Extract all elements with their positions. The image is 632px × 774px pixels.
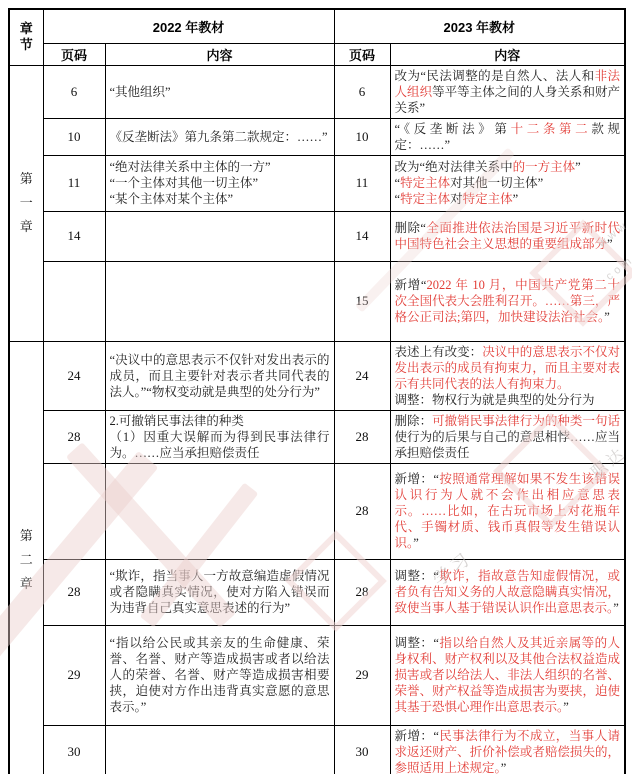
content-cell-2023: 新增：“按照通常理解如果不发生该错误认识行为人就不会作出相应意思表示。……比如，… <box>390 463 625 559</box>
page-cell-2023: 14 <box>334 211 390 261</box>
text-segment: 2.可撤销民事法律的种类 <box>110 414 244 428</box>
chapter-label: 第一章 <box>10 167 43 239</box>
content-cell-2023: 新增：“民事法律行为不成立，当事人请求返还财产、折价补偿或者赔偿损失的，参照适用… <box>390 725 625 774</box>
page-cell-2022 <box>43 261 105 341</box>
content-cell-2022: “绝对法律关系中主体的一方”“一个主体对其他一切主体”“某个主体对某个主体” <box>105 155 334 211</box>
header-content-2023: 内容 <box>390 43 625 65</box>
table-row: 15新增“2022 年 10 月，中国共产党第二十次全国代表大会胜利召开。……第… <box>9 261 625 341</box>
page-cell-2023: 28 <box>334 559 390 625</box>
text-segment: 新增：“ <box>395 729 439 743</box>
content-cell-2022 <box>105 463 334 559</box>
text-segment: ” <box>604 310 610 324</box>
content-cell-2022 <box>105 725 334 774</box>
text-segment: “某个主体对某个主体” <box>110 192 234 206</box>
table-row: 28新增：“按照通常理解如果不发生该错误认识行为人就不会作出相应意思表示。……比… <box>9 463 625 559</box>
document-page: 章节 2022 年教材 2023 年教材 页码 内容 页码 内容 第一章6“其他… <box>0 0 632 774</box>
page-cell-2022: 6 <box>43 65 105 118</box>
table-row: 10《反垄断法》第九条第二款规定：……”10“《反垄断法》第十二条第二款规定：…… <box>9 118 625 155</box>
table-body: 第一章6“其他组织”6改为“民法调整的是自然人、法人和非法人组织等平等主体之间的… <box>9 65 625 774</box>
header-chapter-label: 章节 <box>12 21 41 54</box>
text-segment: 调整：物权行为就是典型的处分行为 <box>395 393 595 407</box>
content-cell-2022: “指以给公民或其亲友的生命健康、荣誉、名誉、财产等造成损害或者以给法人的荣誉、名… <box>105 625 334 725</box>
content-cell-2022: “决议中的意思表示不仅针对发出表示的成员，而且主要针对表示者共同代表的法人。”“… <box>105 341 334 410</box>
chapter-cell: 第一章 <box>9 65 43 341</box>
text-segment: 改为“绝对法律关系中 <box>395 160 513 174</box>
text-segment-changed: 全面推进依法治国是习近平新时代中国特色社会主义思想的重要组成部分 <box>395 221 621 251</box>
header-page-2022: 页码 <box>43 43 105 65</box>
page-cell-2022: 14 <box>43 211 105 261</box>
text-segment: 对其他一切主体” <box>450 176 543 190</box>
page-cell-2022: 10 <box>43 118 105 155</box>
text-segment: ” <box>413 536 419 550</box>
content-cell-2022: “欺诈，指当事人一方故意编造虚假情况或者隐瞒真实情况，使对方陷入错误而为违背自己… <box>105 559 334 625</box>
chapter-label: 第二章 <box>10 524 43 596</box>
content-cell-2023: 调整：“欺诈，指故意告知虚假情况，或者负有告知义务的人故意隐瞒真实情况，致使当事… <box>390 559 625 625</box>
text-segment: 使行为的后果与自己的意思相悖……应当承担赔偿责任 <box>395 430 621 460</box>
page-cell-2022: 30 <box>43 725 105 774</box>
content-cell-2023: 调整：“指以给自然人及其近亲属等的人身权利、财产权利以及其他合法权益造成损害或者… <box>390 625 625 725</box>
content-cell-2022: 《反垄断法》第九条第二款规定：……” <box>105 118 334 155</box>
content-cell-2023: 新增“2022 年 10 月，中国共产党第二十次全国代表大会胜利召开。……第三，… <box>390 261 625 341</box>
text-segment-changed: 十二条第二 <box>511 122 592 136</box>
header-2022: 2022 年教材 <box>43 9 334 43</box>
text-segment: ” <box>513 192 519 206</box>
table-row: 3030新增：“民事法律行为不成立，当事人请求返还财产、折价补偿或者赔偿损失的，… <box>9 725 625 774</box>
text-segment: “欺诈，指当事人一方故意编造虚假情况或者隐瞒真实情况，使对方陷入错误而为违背自己… <box>110 569 330 615</box>
text-segment: 改为“民法调整的是自然人、法人和 <box>395 69 595 83</box>
header-page-2023: 页码 <box>334 43 390 65</box>
page-cell-2023: 28 <box>334 410 390 463</box>
header-content-2022: 内容 <box>105 43 334 65</box>
table-row: 11“绝对法律关系中主体的一方”“一个主体对其他一切主体”“某个主体对某个主体”… <box>9 155 625 211</box>
page-cell-2022: 29 <box>43 625 105 725</box>
text-segment: 《反垄断法》第九条第二款规定：……” <box>110 130 328 144</box>
table-row: 第一章6“其他组织”6改为“民法调整的是自然人、法人和非法人组织等平等主体之间的… <box>9 65 625 118</box>
text-segment: ” <box>563 700 569 714</box>
page-cell-2023: 28 <box>334 463 390 559</box>
page-cell-2022: 28 <box>43 559 105 625</box>
text-segment: 删除： <box>395 414 433 428</box>
page-cell-2022: 28 <box>43 410 105 463</box>
page-cell-2023: 11 <box>334 155 390 211</box>
chapter-cell: 第二章 <box>9 341 43 774</box>
text-segment: “其他组织” <box>110 85 171 99</box>
text-segment-changed: 特定主体 <box>400 192 450 206</box>
text-segment: 对 <box>450 192 463 206</box>
page-cell-2022: 24 <box>43 341 105 410</box>
page-cell-2022: 11 <box>43 155 105 211</box>
text-segment: 表述上有改变： <box>395 345 483 359</box>
content-cell-2023: 改为“绝对法律关系中的一方主体”“特定主体对其他一切主体”“特定主体对特定主体” <box>390 155 625 211</box>
text-segment: “绝对法律关系中主体的一方” <box>110 160 271 174</box>
text-segment: ” <box>613 601 619 615</box>
text-segment: 新增：“ <box>395 472 439 486</box>
content-cell-2022: “其他组织” <box>105 65 334 118</box>
content-cell-2022 <box>105 211 334 261</box>
page-cell-2023: 24 <box>334 341 390 410</box>
text-segment: “决议中的意思表示不仅针对发出表示的成员，而且主要针对表示者共同代表的法人。”“… <box>110 353 330 399</box>
page-cell-2023: 30 <box>334 725 390 774</box>
table-row: 282.可撤销民事法律的种类（1）因重大误解而为得到民事法律行为。……应当承担赔… <box>9 410 625 463</box>
text-segment: ” <box>501 761 507 774</box>
table-row: 28“欺诈，指当事人一方故意编造虚假情况或者隐瞒真实情况，使对方陷入错误而为违背… <box>9 559 625 625</box>
content-cell-2023: 删除“全面推进依法治国是习近平新时代中国特色社会主义思想的重要组成部分” <box>390 211 625 261</box>
header-2023: 2023 年教材 <box>334 9 625 43</box>
table-row: 第二章24“决议中的意思表示不仅针对发出表示的成员，而且主要针对表示者共同代表的… <box>9 341 625 410</box>
text-segment: 新增“ <box>395 278 427 292</box>
text-segment-changed: 特定主体 <box>400 176 450 190</box>
content-cell-2022: 2.可撤销民事法律的种类（1）因重大误解而为得到民事法律行为。……应当承担赔偿责… <box>105 410 334 463</box>
page-cell-2023: 6 <box>334 65 390 118</box>
text-segment-changed: 的一方主体 <box>513 160 576 174</box>
page-cell-2022 <box>43 463 105 559</box>
content-cell-2023: “《反垄断法》第十二条第二款规定：……” <box>390 118 625 155</box>
text-segment-changed: 可撤销民事法律行为的种类一句话 <box>432 414 620 428</box>
text-segment: ” <box>607 237 613 251</box>
text-segment-changed: 2022 年 10 月，中国共产党第二十次全国代表大会胜利召开。……第三，严格公… <box>395 278 621 324</box>
text-segment: （1）因重大误解而为得到民事法律行为。……应当承担赔偿责任 <box>110 430 330 460</box>
page-cell-2023: 15 <box>334 261 390 341</box>
content-cell-2022 <box>105 261 334 341</box>
text-segment: 删除“ <box>395 221 426 235</box>
text-segment: “指以给公民或其亲友的生命健康、荣誉、名誉、财产等造成损害或者以给法人的荣誉、名… <box>110 636 330 714</box>
text-segment-changed: 特定主体 <box>463 192 513 206</box>
text-segment: ” <box>575 160 581 174</box>
header-chapter: 章节 <box>9 9 43 65</box>
table-row: 1414删除“全面推进依法治国是习近平新时代中国特色社会主义思想的重要组成部分” <box>9 211 625 261</box>
text-segment: “《反垄断法》第 <box>395 122 511 136</box>
table-header: 章节 2022 年教材 2023 年教材 页码 内容 页码 内容 <box>9 9 625 65</box>
content-cell-2023: 表述上有改变：决议中的意思表示不仅对发出表示的成员有拘束力，而且主要对表示有共同… <box>390 341 625 410</box>
content-cell-2023: 改为“民法调整的是自然人、法人和非法人组织等平等主体之间的人身关系和财产关系” <box>390 65 625 118</box>
table-row: 29“指以给公民或其亲友的生命健康、荣誉、名誉、财产等造成损害或者以给法人的荣誉… <box>9 625 625 725</box>
page-cell-2023: 10 <box>334 118 390 155</box>
content-cell-2023: 删除：可撤销民事法律行为的种类一句话使行为的后果与自己的意思相悖……应当承担赔偿… <box>390 410 625 463</box>
text-segment: 调整：“ <box>395 636 439 650</box>
comparison-table: 章节 2022 年教材 2023 年教材 页码 内容 页码 内容 第一章6“其他… <box>8 8 626 774</box>
text-segment: 调整：“ <box>395 569 439 583</box>
page-cell-2023: 29 <box>334 625 390 725</box>
text-segment: “一个主体对其他一切主体” <box>110 176 259 190</box>
